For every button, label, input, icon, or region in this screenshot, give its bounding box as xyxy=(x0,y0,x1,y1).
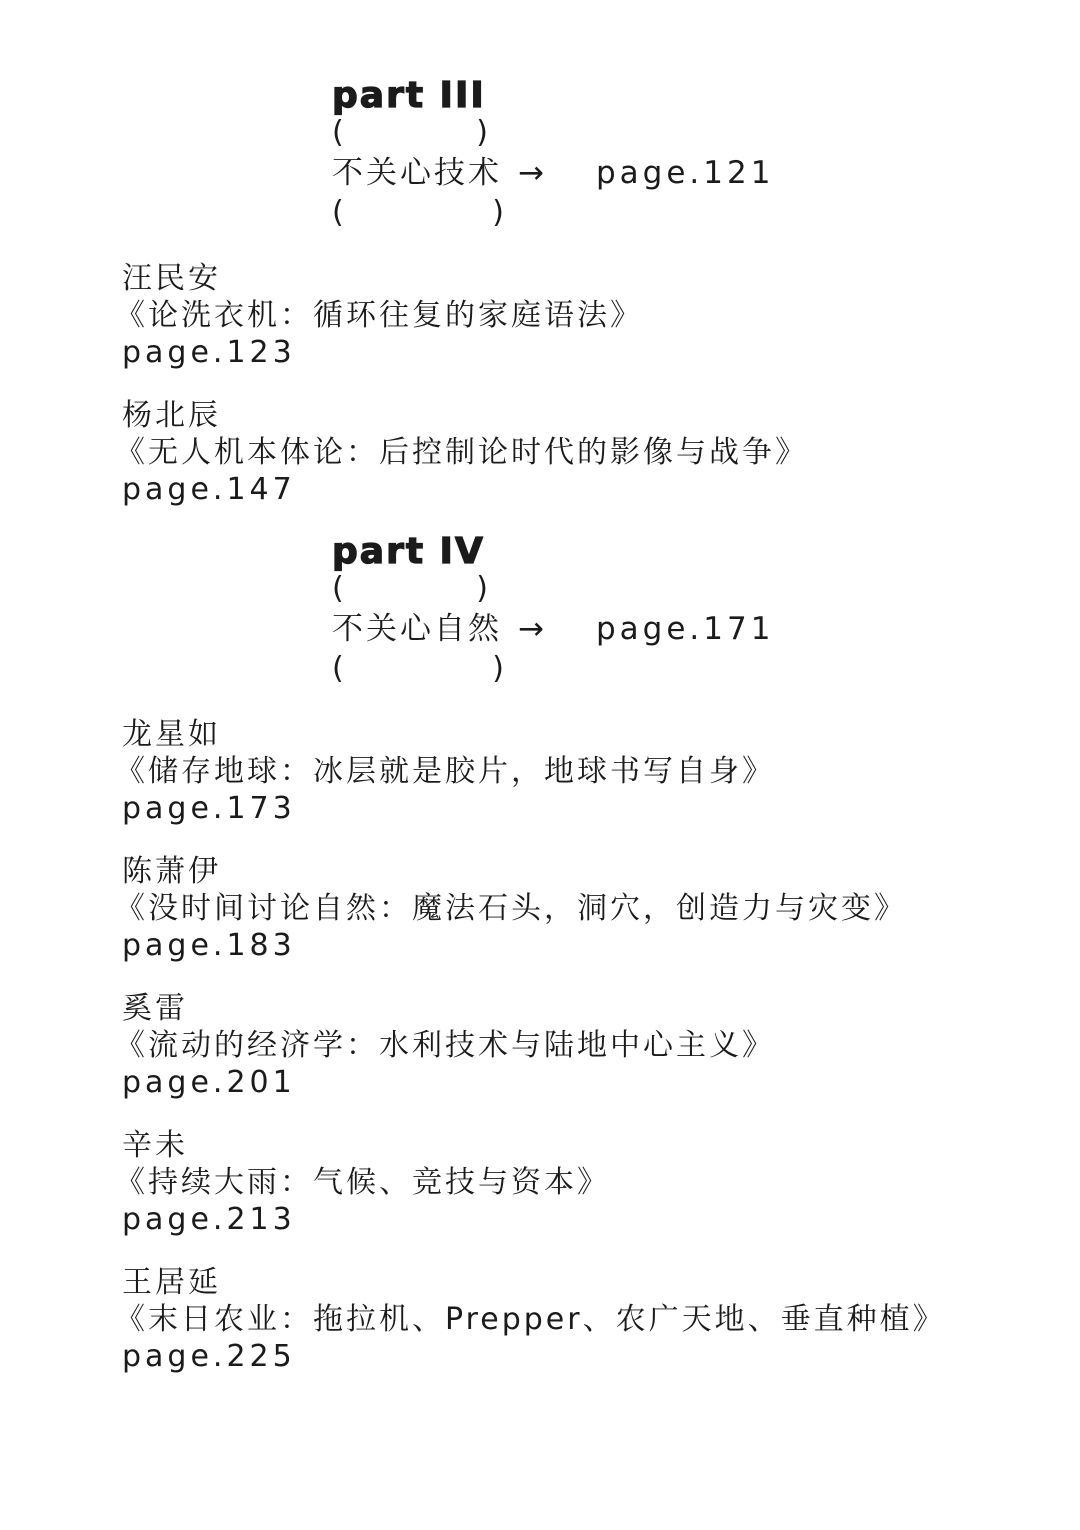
toc-entry: 奚雷 《流动的经济学：水利技术与陆地中心主义》 page.201 xyxy=(122,990,1080,1101)
open-paren: ( xyxy=(332,650,344,688)
right-arrow-icon: → xyxy=(518,608,544,650)
entry-page-number: page.201 xyxy=(122,1064,1080,1101)
part-subtitle: 不关心自然 xyxy=(332,608,502,650)
close-paren: ) xyxy=(476,570,488,608)
entry-title: 《流动的经济学：水利技术与陆地中心主义》 xyxy=(122,1027,1080,1064)
part-iv-heading: part IV xyxy=(332,534,1080,570)
entry-title: 《没时间讨论自然：魔法石头，洞穴，创造力与灾变》 xyxy=(122,890,1080,927)
entry-author: 奚雷 xyxy=(122,990,1080,1027)
open-paren: ( xyxy=(332,114,344,152)
entries-list: 汪民安 《论洗衣机：循环往复的家庭语法》 page.123 杨北辰 《无人机本体… xyxy=(0,260,1080,508)
close-paren: ) xyxy=(492,650,504,688)
part-iii-header: part III ( ) 不关心技术 → page.121 ( ) xyxy=(332,78,1080,232)
open-paren: ( xyxy=(332,194,344,232)
entry-title: 《论洗衣机：循环往复的家庭语法》 xyxy=(122,297,1080,334)
entry-page-number: page.173 xyxy=(122,790,1080,827)
toc-entry: 龙星如 《储存地球：冰层就是胶片，地球书写自身》 page.173 xyxy=(122,716,1080,827)
part-subject-line: 不关心自然 → page.171 xyxy=(332,608,1080,650)
entry-title: 《持续大雨：气候、竞技与资本》 xyxy=(122,1164,1080,1201)
paren-line-top: ( ) xyxy=(332,114,488,152)
entry-page-number: page.183 xyxy=(122,927,1080,964)
part-page-ref: page.121 xyxy=(596,152,774,194)
part-page-ref: page.171 xyxy=(596,608,774,650)
toc-content: part III ( ) 不关心技术 → page.121 ( ) 汪民安 xyxy=(0,0,1080,1375)
close-paren: ) xyxy=(476,114,488,152)
toc-entry: 辛未 《持续大雨：气候、竞技与资本》 page.213 xyxy=(122,1127,1080,1238)
open-paren: ( xyxy=(332,570,344,608)
paren-line-bottom: ( ) xyxy=(332,650,504,688)
entry-page-number: page.123 xyxy=(122,334,1080,371)
entry-title: 《末日农业：拖拉机、Prepper、农广天地、垂直种植》 xyxy=(122,1301,1080,1338)
paren-line-bottom: ( ) xyxy=(332,194,504,232)
part-iv-header: part IV ( ) 不关心自然 → page.171 ( ) xyxy=(332,534,1080,688)
close-paren: ) xyxy=(492,194,504,232)
entry-title: 《储存地球：冰层就是胶片，地球书写自身》 xyxy=(122,753,1080,790)
part-iii-heading: part III xyxy=(332,78,1080,114)
entry-author: 王居延 xyxy=(122,1264,1080,1301)
entry-title: 《无人机本体论：后控制论时代的影像与战争》 xyxy=(122,434,1080,471)
section-part-iii: part III ( ) 不关心技术 → page.121 ( ) 汪民安 xyxy=(0,78,1080,508)
toc-entry: 陈萧伊 《没时间讨论自然：魔法石头，洞穴，创造力与灾变》 page.183 xyxy=(122,853,1080,964)
paren-line-top: ( ) xyxy=(332,570,488,608)
part-subject-line: 不关心技术 → page.121 xyxy=(332,152,1080,194)
section-part-iv: part IV ( ) 不关心自然 → page.171 ( ) 龙星如 xyxy=(0,534,1080,1375)
entry-author: 杨北辰 xyxy=(122,397,1080,434)
entry-author: 陈萧伊 xyxy=(122,853,1080,890)
toc-entry: 杨北辰 《无人机本体论：后控制论时代的影像与战争》 page.147 xyxy=(122,397,1080,508)
right-arrow-icon: → xyxy=(518,152,544,194)
entries-list: 龙星如 《储存地球：冰层就是胶片，地球书写自身》 page.173 陈萧伊 《没… xyxy=(0,716,1080,1375)
toc-entry: 王居延 《末日农业：拖拉机、Prepper、农广天地、垂直种植》 page.22… xyxy=(122,1264,1080,1375)
entry-author: 辛未 xyxy=(122,1127,1080,1164)
entry-page-number: page.225 xyxy=(122,1338,1080,1375)
part-subtitle: 不关心技术 xyxy=(332,152,502,194)
toc-page: part III ( ) 不关心技术 → page.121 ( ) 汪民安 xyxy=(0,0,1080,1530)
entry-page-number: page.147 xyxy=(122,471,1080,508)
entry-author: 龙星如 xyxy=(122,716,1080,753)
entry-page-number: page.213 xyxy=(122,1201,1080,1238)
toc-entry: 汪民安 《论洗衣机：循环往复的家庭语法》 page.123 xyxy=(122,260,1080,371)
entry-author: 汪民安 xyxy=(122,260,1080,297)
